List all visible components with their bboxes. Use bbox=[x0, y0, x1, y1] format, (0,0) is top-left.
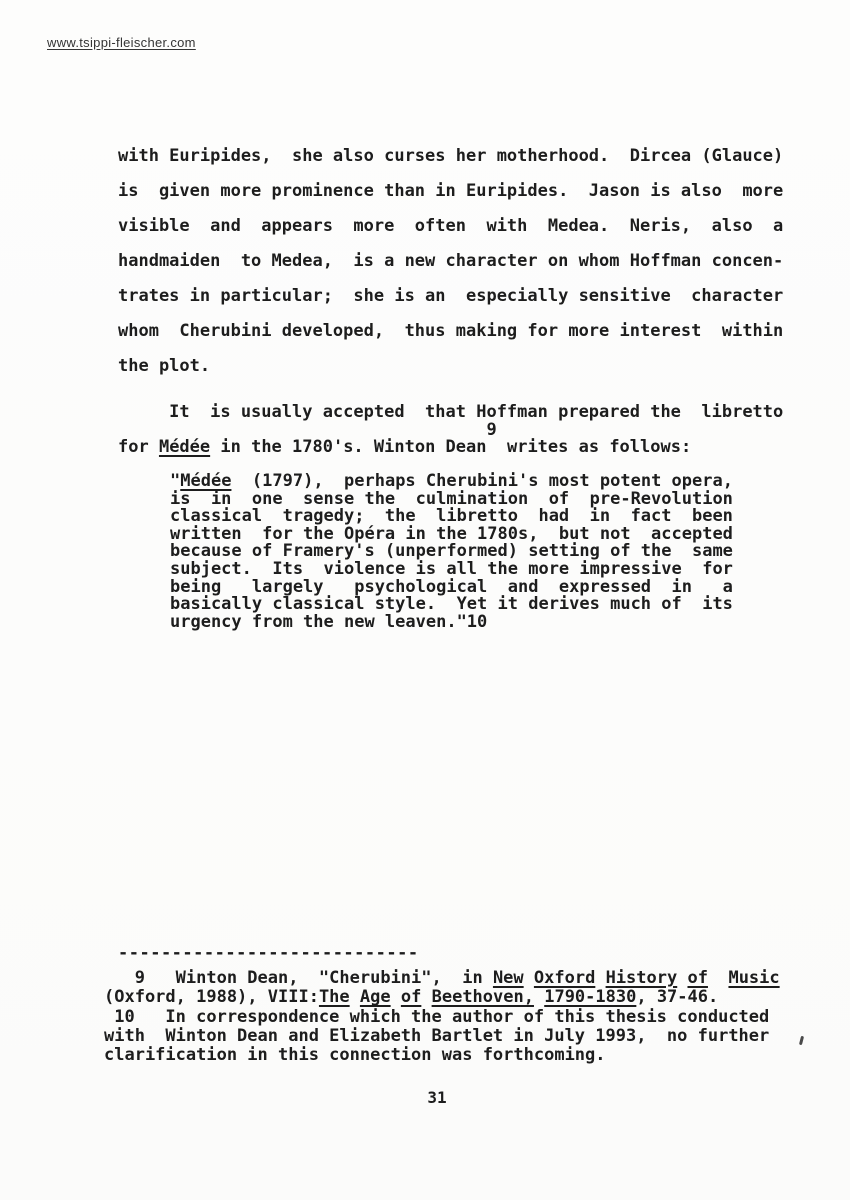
text-line: (Oxford, 1988), VIII:The Age of Beethove… bbox=[104, 988, 780, 1007]
text-segment: clarification in this connection was for… bbox=[104, 1045, 606, 1065]
scanned-document-page: www.tsippi-fleischer.com with Euripides,… bbox=[0, 0, 850, 1200]
scan-artifact-mark bbox=[799, 1036, 804, 1045]
text-segment: , 37-46. bbox=[636, 987, 718, 1007]
text-segment bbox=[524, 968, 534, 988]
text-line: whom Cherubini developed, thus making fo… bbox=[118, 314, 783, 349]
underlined-text: 1790-1830 bbox=[544, 987, 636, 1007]
text-segment bbox=[708, 968, 728, 988]
text-line: 9 Winton Dean, "Cherubini", in New Oxfor… bbox=[104, 969, 780, 988]
underlined-text: Oxford bbox=[534, 968, 595, 988]
text-line: 10 In correspondence which the author of… bbox=[104, 1008, 780, 1027]
footnote-separator: ---------------------------- bbox=[118, 944, 419, 963]
source-url-link[interactable]: www.tsippi-fleischer.com bbox=[47, 35, 196, 50]
underlined-text: History bbox=[606, 968, 678, 988]
underlined-text: Beethoven, bbox=[432, 987, 534, 1007]
text-segment: It is usually accepted that Hoffman prep… bbox=[118, 402, 783, 422]
superscript-ref: 9 bbox=[486, 420, 496, 440]
paragraph-1: with Euripides, she also curses her moth… bbox=[118, 139, 783, 384]
text-segment: in the 1780's. Winton Dean bbox=[210, 437, 486, 457]
text-segment: handmaiden to Medea, is a new character … bbox=[118, 251, 783, 271]
text-line: with Euripides, she also curses her moth… bbox=[118, 139, 783, 174]
text-segment bbox=[595, 968, 605, 988]
underlined-text: The bbox=[319, 987, 350, 1007]
text-segment: visible and appears more often with Mede… bbox=[118, 216, 783, 236]
text-segment: 10 In correspondence which the author of… bbox=[104, 1007, 769, 1027]
underlined-text: Médée bbox=[159, 437, 210, 457]
underlined-text: of bbox=[687, 968, 707, 988]
underlined-text: Music bbox=[728, 968, 779, 988]
text-segment: whom Cherubini developed, thus making fo… bbox=[118, 321, 783, 341]
paragraph-2: It is usually accepted that Hoffman prep… bbox=[118, 395, 783, 465]
text-segment: is given more prominence than in Euripid… bbox=[118, 181, 783, 201]
text-line: for Médée in the 1780's. Winton Dean9 wr… bbox=[118, 430, 783, 465]
text-segment: the plot. bbox=[118, 356, 210, 376]
underlined-text: of bbox=[401, 987, 421, 1007]
text-line: visible and appears more often with Mede… bbox=[118, 209, 783, 244]
text-segment bbox=[534, 987, 544, 1007]
text-segment bbox=[421, 987, 431, 1007]
text-segment bbox=[350, 987, 360, 1007]
text-segment: writes as follows: bbox=[497, 437, 691, 457]
text-segment: for bbox=[118, 437, 159, 457]
text-segment: with Euripides, she also curses her moth… bbox=[118, 146, 783, 166]
text-segment: urgency from the new leaven."10 bbox=[170, 612, 487, 632]
text-line: It is usually accepted that Hoffman prep… bbox=[118, 395, 783, 430]
text-segment bbox=[391, 987, 401, 1007]
text-line: clarification in this connection was for… bbox=[104, 1046, 780, 1065]
block-quote: "Médée (1797), perhaps Cherubini's most … bbox=[170, 473, 733, 631]
text-line: the plot. bbox=[118, 349, 783, 384]
text-line: trates in particular; she is an especial… bbox=[118, 279, 783, 314]
text-segment: (Oxford, 1988), VIII: bbox=[104, 987, 319, 1007]
text-segment: with Winton Dean and Elizabeth Bartlet i… bbox=[104, 1026, 769, 1046]
text-line: urgency from the new leaven."10 bbox=[170, 614, 733, 632]
footnotes-block: 9 Winton Dean, "Cherubini", in New Oxfor… bbox=[104, 969, 780, 1065]
text-line: handmaiden to Medea, is a new character … bbox=[118, 244, 783, 279]
underlined-text: Age bbox=[360, 987, 391, 1007]
page-number: 31 bbox=[0, 1088, 850, 1108]
text-line: is given more prominence than in Euripid… bbox=[118, 174, 783, 209]
underlined-text: New bbox=[493, 968, 524, 988]
text-segment: 9 Winton Dean, "Cherubini", in bbox=[104, 968, 493, 988]
text-line: with Winton Dean and Elizabeth Bartlet i… bbox=[104, 1027, 780, 1046]
text-segment bbox=[677, 968, 687, 988]
text-segment: trates in particular; she is an especial… bbox=[118, 286, 783, 306]
